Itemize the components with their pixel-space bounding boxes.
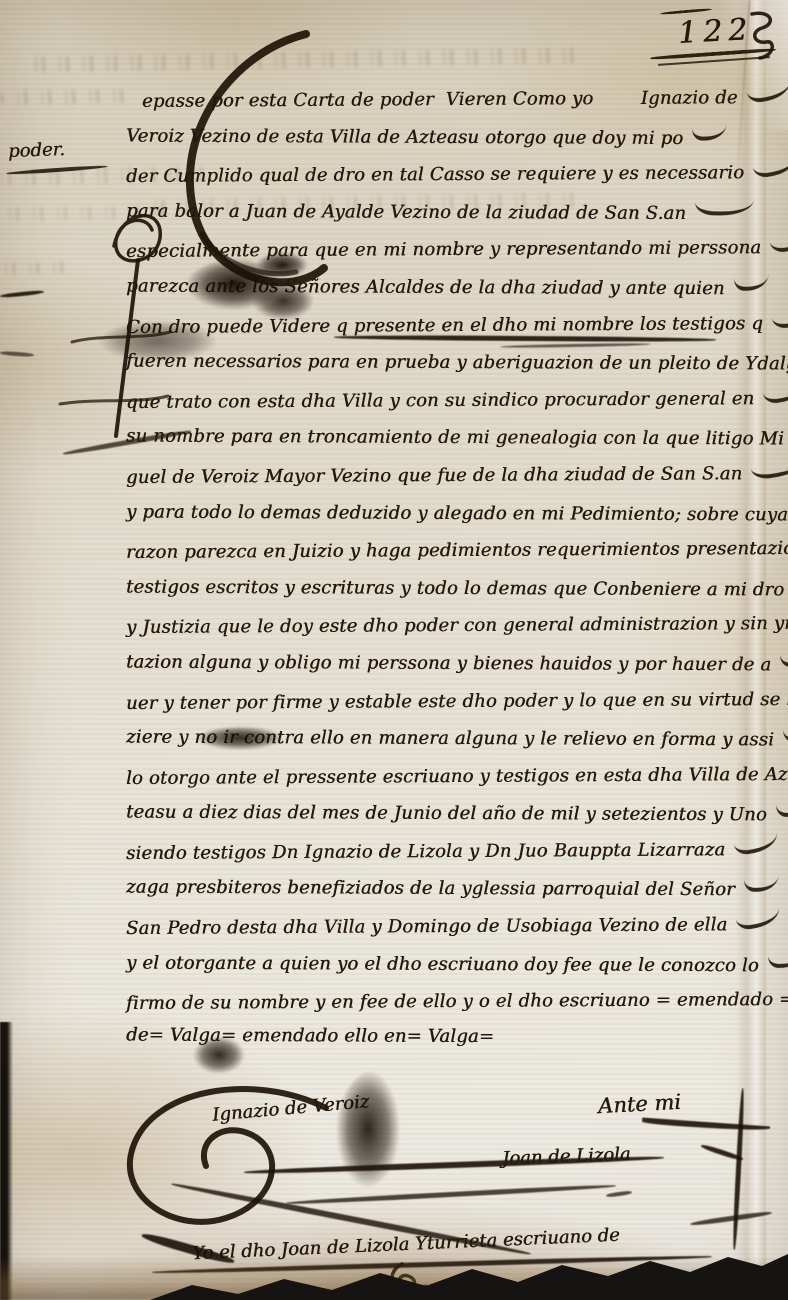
margin-scribble-stroke [0, 351, 34, 357]
notary-signature: Joan de Lizola [502, 1144, 631, 1169]
line-text: uer y tener por firme y estable este dho… [126, 688, 788, 713]
line-text: epasse por esta Carta de poder Vieren Co… [142, 87, 738, 112]
manuscript-line: que trato con esta dha Villa y con su si… [126, 385, 786, 427]
ante-mi-label: Ante mi [597, 1090, 681, 1118]
manuscript-line: testigos escritos y escrituras y todo lo… [126, 573, 786, 613]
manuscript-line: Veroiz Vezino de esta Villa de Azteasu o… [126, 122, 786, 162]
line-text: lo otorgo ante el pressente escriuano y … [126, 764, 788, 789]
line-text: siendo testigos Dn Ignazio de Lizola y D… [126, 839, 725, 864]
line-text: der Cumplido qual de dro en tal Casso se… [126, 162, 744, 187]
line-text: y el otorgante a quien yo el dho escriua… [126, 952, 759, 976]
manuscript-line: lo otorgo ante el pressente escriuano y … [126, 761, 786, 803]
line-text: guel de Veroiz Mayor Vezino que fue de l… [126, 463, 742, 488]
folio-rubric-flourish-icon [746, 10, 780, 62]
ink-blot [193, 1036, 245, 1074]
line-text: fueren necessarios para en prueba y aber… [126, 351, 788, 375]
line-text: tazion alguna y obligo mi perssona y bie… [126, 651, 771, 675]
bleedthrough-text-ghost [0, 89, 130, 105]
margin-scribble-stroke [0, 290, 44, 299]
manuscript-line: epasse por esta Carta de poder Vieren Co… [126, 84, 786, 126]
line-text: de= Valga= emendado ello en= Valga= [126, 1024, 494, 1047]
manuscript-line: fueren necessarios para en prueba y aber… [126, 348, 786, 388]
margin-note-poder: poder. [8, 139, 66, 162]
manuscript-line: y Justizia que le doy este dho poder con… [126, 610, 786, 652]
line-text: su nombre para en troncamiento de mi gen… [126, 426, 784, 450]
line-text: zaga presbiteros benefiziados de la ygle… [126, 877, 735, 901]
line-text: Con dro puede Videre q presente en el dh… [126, 313, 763, 338]
manuscript-line: zaga presbiteros benefiziados de la ygle… [126, 874, 786, 914]
line-text: San Pedro desta dha Villa y Domingo de U… [126, 914, 728, 939]
line-text: firmo de su nombre y en fee de ello y o … [126, 989, 788, 1014]
manuscript-line: tazion alguna y obligo mi perssona y bie… [126, 648, 786, 688]
manuscript-line: der Cumplido qual de dro en tal Casso se… [126, 159, 786, 201]
manuscript-line: teasu a diez dias del mes de Junio del a… [126, 799, 786, 839]
manuscript-line: y el otorgante a quien yo el dho escriua… [126, 949, 786, 989]
manuscript-line: San Pedro desta dha Villa y Domingo de U… [126, 911, 786, 953]
line-text: para balor a Juan de Ayalde Vezino de la… [126, 200, 686, 223]
manuscript-line: Con dro puede Videre q presente en el dh… [126, 310, 786, 352]
manuscript-line: razon parezca en Juizio y haga pedimient… [126, 535, 786, 577]
manuscript-line: guel de Veroiz Mayor Vezino que fue de l… [126, 460, 786, 502]
line-text: Veroiz Vezino de esta Villa de Azteasu o… [126, 125, 683, 148]
manuscript-line: uer y tener por firme y estable este dho… [126, 685, 786, 727]
notary-rubric-stroke [606, 1190, 632, 1198]
manuscript-line: firmo de su nombre y en fee de ello y o … [126, 986, 786, 1028]
manuscript-line: para balor a Juan de Ayalde Vezino de la… [126, 197, 786, 237]
line-text: especialmente para que en mi nombre y re… [126, 238, 761, 263]
folio-number: 122 [677, 12, 754, 51]
line-text: teasu a diez dias del mes de Junio del a… [126, 802, 767, 826]
manuscript-body: epasse por esta Carta de poder Vieren Co… [126, 86, 786, 1063]
manuscript-line: su nombre para en troncamiento de mi gen… [126, 423, 786, 463]
manuscript-line: siendo testigos Dn Ignazio de Lizola y D… [126, 836, 786, 878]
line-text: y Justizia que le doy este dho poder con… [126, 613, 788, 638]
line-text: razon parezca en Juizio y haga pedimient… [126, 538, 788, 563]
manuscript-line: y para todo lo demas deduzido y alegado … [126, 498, 786, 538]
line-text: y para todo lo demas deduzido y alegado … [126, 501, 788, 525]
torn-edge-shadow [0, 1256, 788, 1300]
line-text: que trato con esta dha Villa y con su si… [126, 388, 754, 413]
scanned-manuscript-view: 122 poder. epasse por esta Carta de pod [0, 0, 788, 1300]
line-text: testigos escritos y escrituras y todo lo… [126, 576, 784, 600]
manuscript-page: 122 poder. epasse por esta Carta de pod [0, 0, 788, 1300]
